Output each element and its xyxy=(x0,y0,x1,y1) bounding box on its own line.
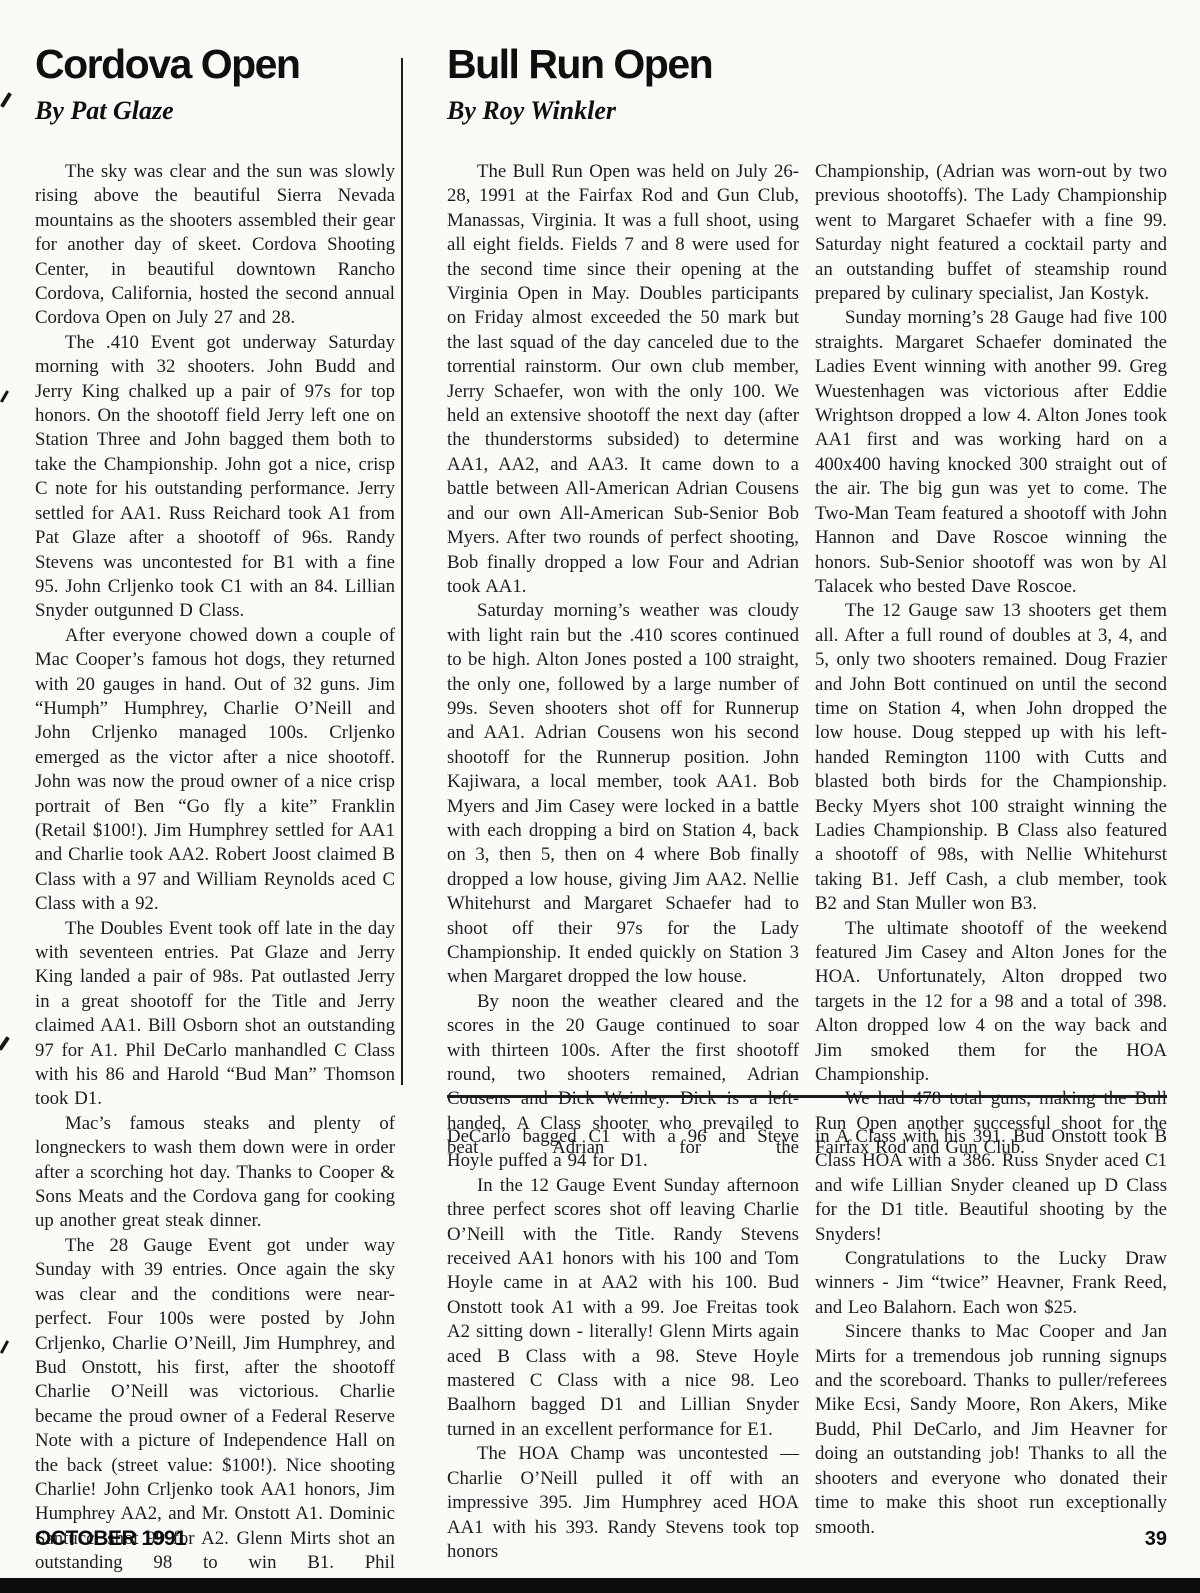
cordova-article-byline: By Pat Glaze xyxy=(35,96,395,126)
cordova-continuation-column-2: in A Class with his 391. Bud Onstott too… xyxy=(815,1125,1167,1564)
paragraph: Saturday morning’s weather was cloudy wi… xyxy=(447,599,799,990)
bull-run-article-title: Bull Run Open xyxy=(447,42,799,86)
bull-run-column-1: Bull Run Open By Roy Winkler The Bull Ru… xyxy=(447,42,799,1095)
paragraph: in A Class with his 391. Bud Onstott too… xyxy=(815,1125,1167,1247)
bull-run-column-2: Championship, (Adrian was worn-out by tw… xyxy=(815,42,1167,1095)
bull-run-article-byline: By Roy Winkler xyxy=(447,96,799,126)
paragraph: Congratulations to the Lucky Draw winner… xyxy=(815,1247,1167,1320)
page-content: Cordova Open By Pat Glaze The sky was cl… xyxy=(35,42,1167,1576)
paragraph: The 12 Gauge saw 13 shooters get them al… xyxy=(815,599,1167,916)
margin-pen-mark xyxy=(0,390,9,403)
right-column-area: Bull Run Open By Roy Winkler The Bull Ru… xyxy=(447,42,1167,1576)
paragraph: The ultimate shootoff of the weekend fea… xyxy=(815,917,1167,1088)
paragraph: The sky was clear and the sun was slowly… xyxy=(35,160,395,331)
cordova-continuation-column-1: DeCarlo bagged C1 with a 96 and Steve Ho… xyxy=(447,1125,799,1564)
margin-pen-mark xyxy=(0,1036,10,1051)
paragraph: Championship, (Adrian was worn-out by tw… xyxy=(815,160,1167,306)
paragraph: In the 12 Gauge Event Sunday afternoon t… xyxy=(447,1174,799,1442)
paragraph: The Doubles Event took off late in the d… xyxy=(35,917,395,1112)
footer-page-number: 39 xyxy=(1145,1528,1167,1551)
paragraph: Mac’s famous steaks and plenty of longne… xyxy=(35,1112,395,1234)
cordova-article-header: Cordova Open By Pat Glaze xyxy=(35,42,395,160)
footer-issue-date: OCTOBER 1991 xyxy=(35,1527,186,1551)
cordova-open-column: Cordova Open By Pat Glaze The sky was cl… xyxy=(35,42,395,1576)
page-bottom-bar xyxy=(0,1578,1200,1593)
cordova-article-title: Cordova Open xyxy=(35,42,395,86)
magazine-page: Cordova Open By Pat Glaze The sky was cl… xyxy=(0,0,1200,1593)
paragraph: Sincere thanks to Mac Cooper and Jan Mir… xyxy=(815,1320,1167,1540)
paragraph: Sunday morning’s 28 Gauge had five 100 s… xyxy=(815,306,1167,599)
margin-pen-mark xyxy=(0,92,12,108)
paragraph: The .410 Event got underway Saturday mor… xyxy=(35,331,395,624)
paragraph: The Bull Run Open was held on July 26-28… xyxy=(447,160,799,599)
margin-pen-mark xyxy=(0,1340,9,1354)
cordova-continuation-section: DeCarlo bagged C1 with a 96 and Steve Ho… xyxy=(447,1125,1167,1564)
paragraph: DeCarlo bagged C1 with a 96 and Steve Ho… xyxy=(447,1125,799,1174)
paragraph: The 28 Gauge Event got under way Sunday … xyxy=(35,1234,395,1576)
bull-run-open-section: Bull Run Open By Roy Winkler The Bull Ru… xyxy=(447,42,1167,1095)
paragraph: After everyone chowed down a couple of M… xyxy=(35,624,395,917)
bull-run-article-header: Bull Run Open By Roy Winkler xyxy=(447,42,799,160)
page-footer: OCTOBER 1991 39 xyxy=(35,1527,1167,1551)
